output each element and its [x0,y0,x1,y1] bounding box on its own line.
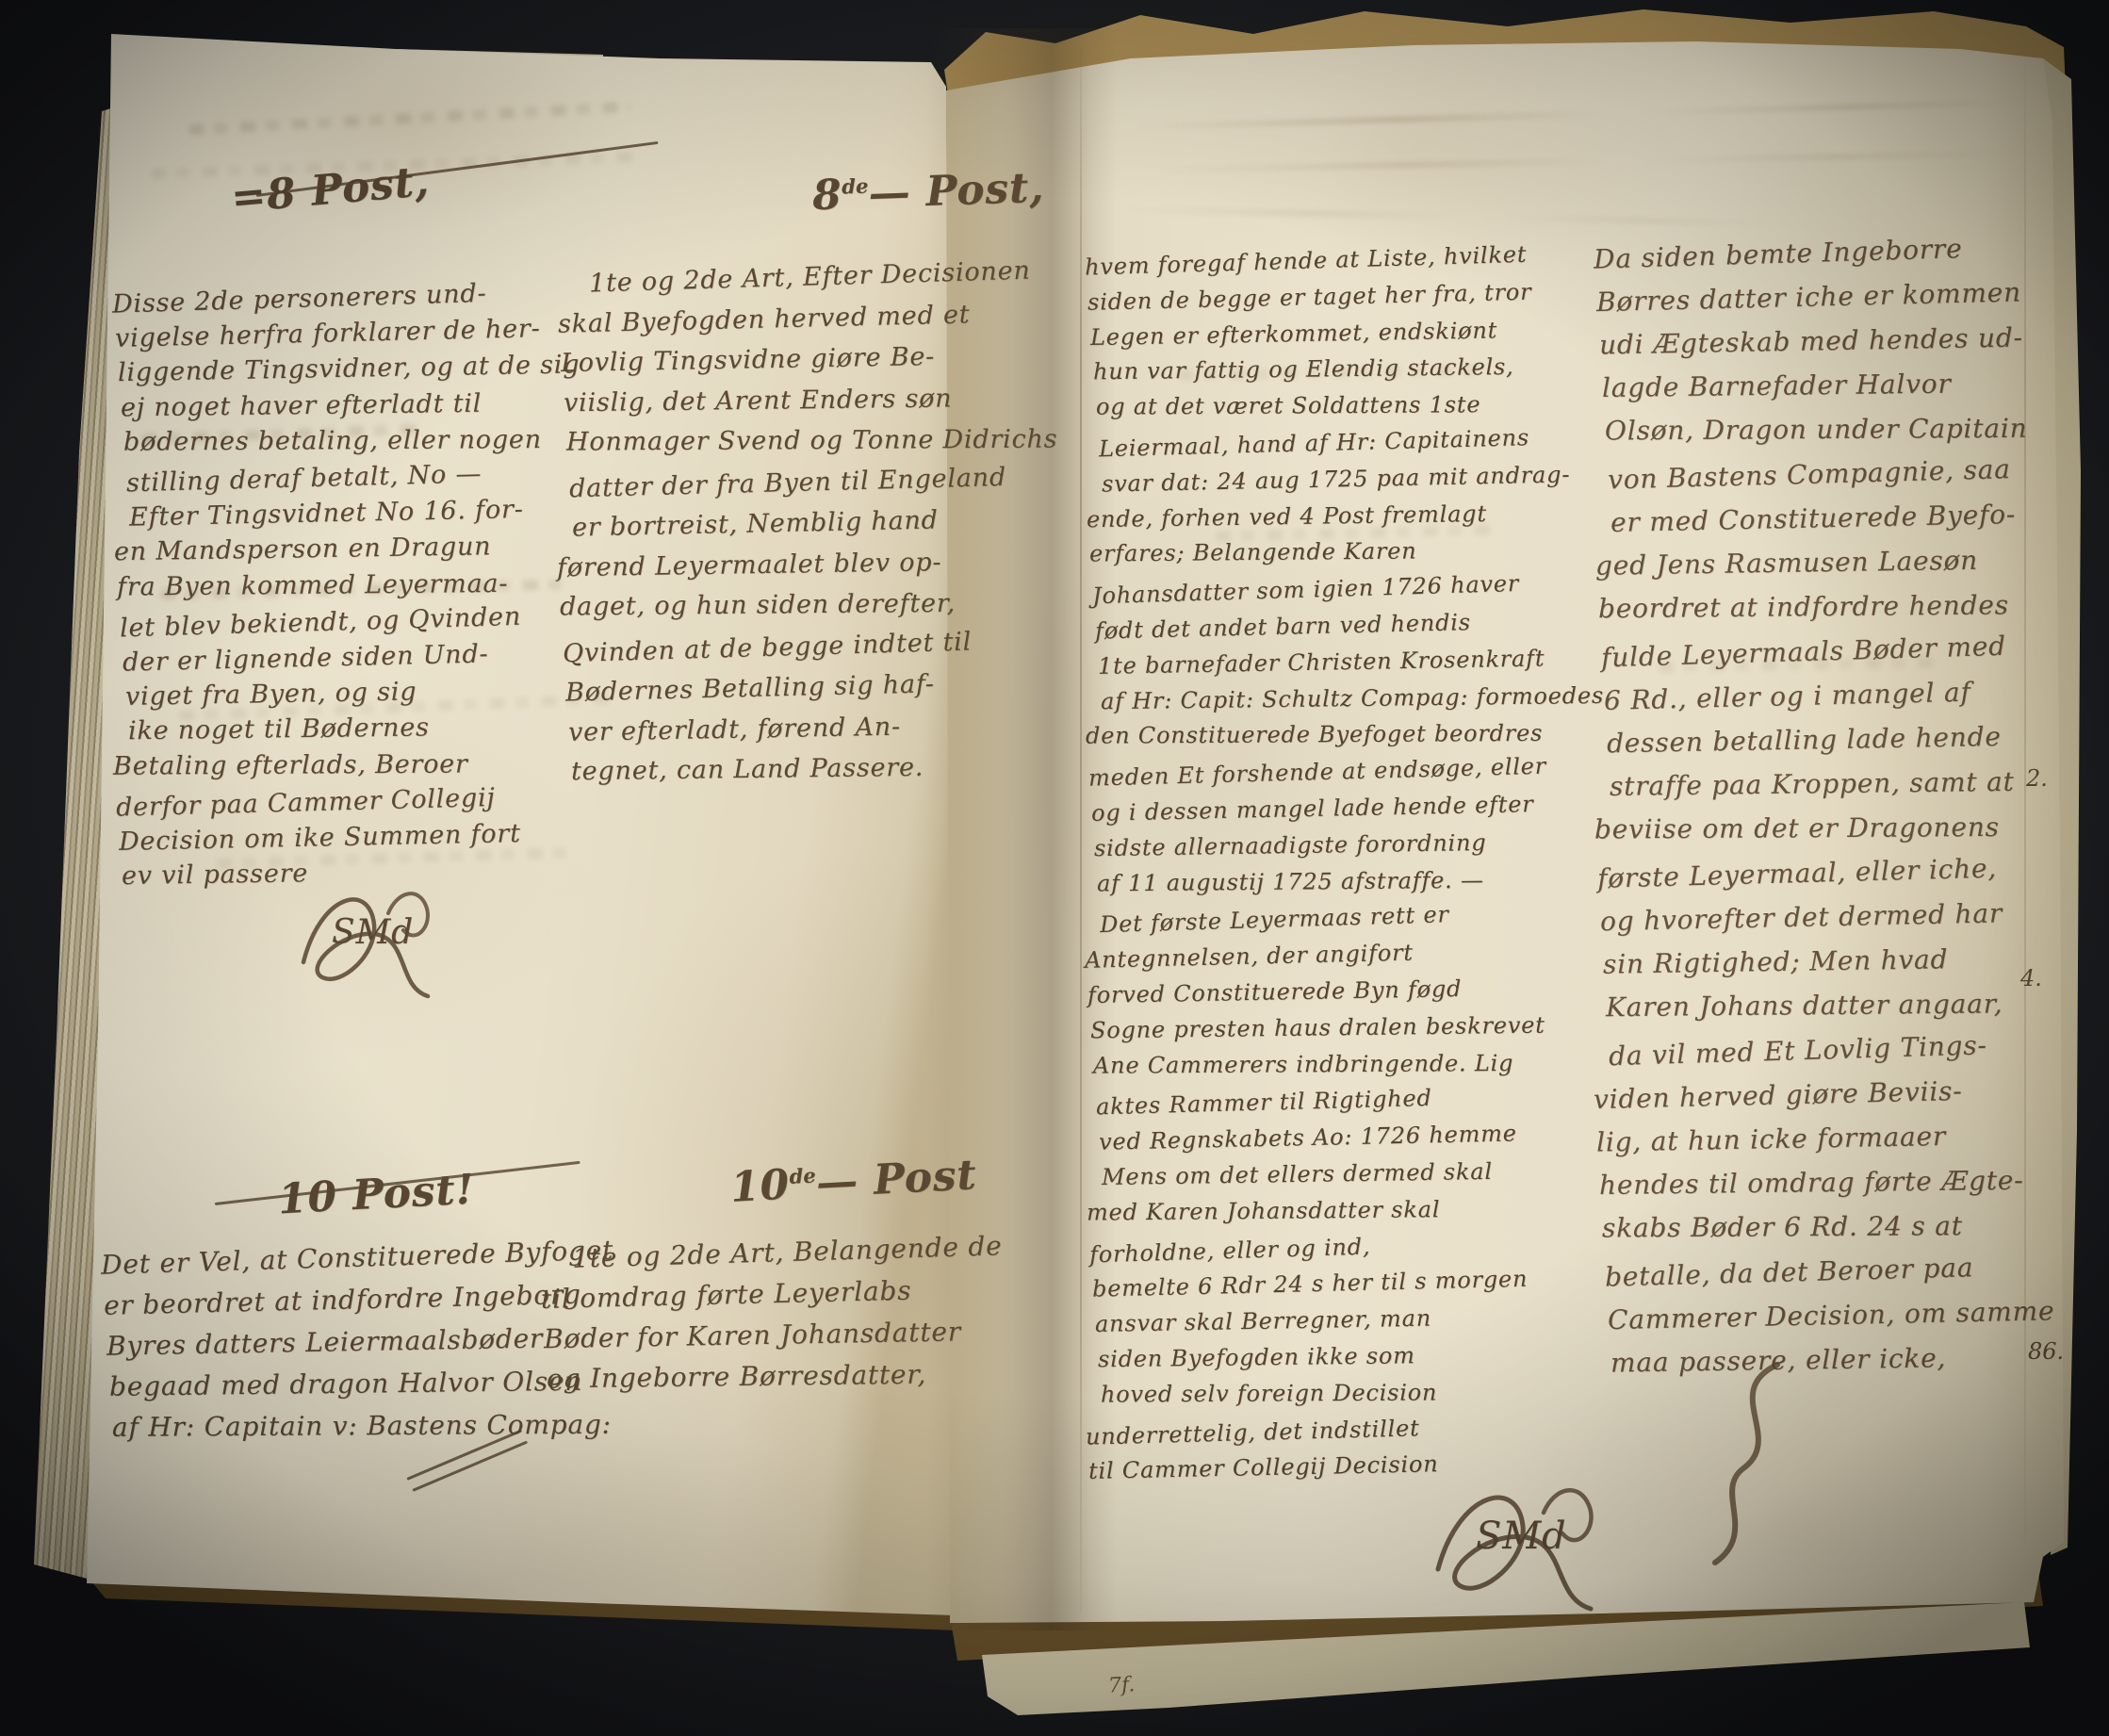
heading-superscript: de [789,1163,816,1187]
manuscript-line: skabs Bøder 6 Rd. 24 s at [1602,1204,2073,1251]
signature-monogram: SMd [283,872,462,1013]
closing-brace-flourish [1687,1357,1809,1574]
manuscript-line: viislig, det Arent Enders søn [564,376,1091,423]
manuscript-line: ged Jens Rasmusen Laesøn [1595,536,2068,587]
heading-post-10: 10 Post! [277,1166,476,1224]
manuscript-line: siden Byefogden ikke som [1098,1335,1626,1378]
heading-rest: — Post, [868,164,1045,218]
bottom-tab-mark: 7f. [1107,1673,1136,1697]
manuscript-line: sidste allernaadigste forordning [1094,823,1623,867]
manuscript-line: udi Ægteskab med hendes ud- [1599,315,2071,368]
manuscript-line: Mens om det ellers dermed skal [1102,1152,1630,1196]
heading-post-8-response: 8de— Post, [811,164,1045,221]
column-right-page-right: Da siden bemte IngeborreBørres datter ic… [1602,230,2073,1382]
margin-mark-2: 2. [2026,765,2048,792]
manuscript-line: lagde Barnefader Halvor [1602,360,2074,410]
manuscript-line: førend Leyermaalet blev op- [557,539,1086,588]
signature-text: SMd [332,913,414,952]
margin-mark-4: 4. [2020,965,2042,991]
manuscript-line: sin Rigtighed; Men hvad [1603,935,2075,986]
margin-mark-86: 86. [2028,1338,2064,1365]
manuscript-photo: =8 Post, Disse 2de personerers und-vigel… [0,0,2109,1736]
column-responses-post-10: 1te og 2de Art, Belangende detil omdrag … [547,1231,1093,1397]
manuscript-line: af Hr: Capitain v: Bastens Compag: [112,1402,715,1449]
manuscript-line: beviise om det er Dragonens [1594,805,2066,852]
manuscript-line: maa passere, eller icke, [1610,1334,2083,1384]
manuscript-line: Olsøn, Dragon under Capitain [1605,405,2076,452]
heading-number: 10 [729,1161,791,1212]
manuscript-line: af Hr: Capit: Schultz Compag: formoedes [1101,677,1628,719]
signature-monogram: SMd [1414,1466,1640,1626]
manuscript-line: straffe paa Kroppen, samt at [1610,759,2082,809]
manuscript-line: og Ingeborre Børresdatter, [547,1352,1093,1400]
manuscript-line: dessen betalling lade hende [1607,712,2079,765]
heading-number: 8 [811,171,842,220]
manuscript-line: lig, at hun icke formaaer [1596,1112,2068,1165]
heading-superscript: de [842,174,869,199]
heading-rest: — Post [815,1151,978,1207]
manuscript-line: hun var fattig og Elendig stackels, [1093,348,1621,390]
brace-flourish-icon [1687,1357,1809,1574]
manuscript-line: hendes til omdrag førte Ægte- [1599,1157,2071,1207]
column-right-page-left: hvem foregaf hende at Liste, hvilketside… [1093,241,1621,1484]
manuscript-line: Lovlig Tingsvidne giøre Be- [561,334,1089,384]
column-responses-post-8: 1te og 2de Art, Efter Decisionenskal Bye… [564,256,1091,790]
signature-text: SMd [1476,1515,1566,1558]
manuscript-line: tegnet, can Land Passere. [571,745,1099,793]
manuscript-line: Sogne presten haus dralen beskrevet [1090,1006,1618,1048]
